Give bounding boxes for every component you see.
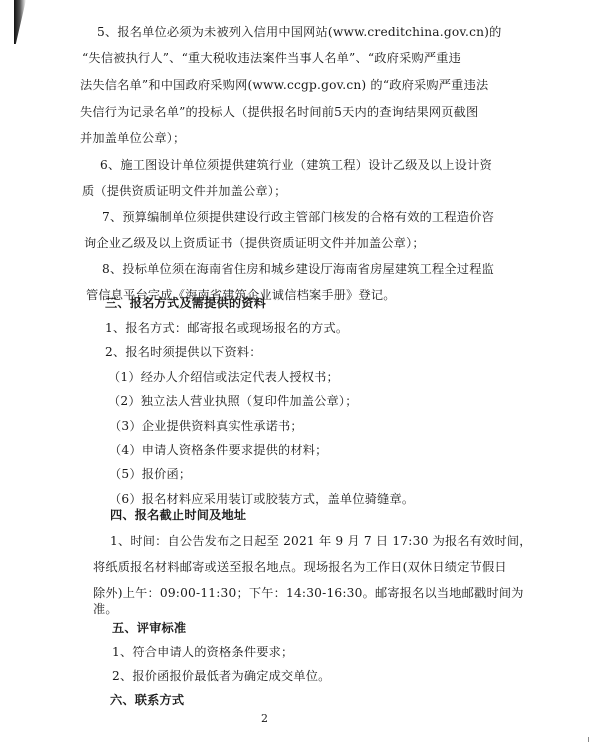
section-heading: 六、联系方式	[110, 692, 184, 708]
text-line: （3）企业提供资料真实性承诺书；	[109, 418, 303, 434]
text-line: 7、预算编制单位须提供建设行政主管部门核发的合格有效的工程造价咨	[102, 209, 494, 225]
section-heading: 四、报名截止时间及地址	[110, 507, 246, 523]
text-line: 法失信名单”和中国政府采购网(www.ccgp.gov.cn) 的“政府采购严重…	[80, 77, 488, 93]
text-line: “失信被执行人”、“重大税收违法案件当事人名单”、“政府采购严重违	[82, 50, 461, 66]
text-line: （2）独立法人营业执照（复印件加盖公章）；	[108, 393, 358, 409]
text-line: 质（提供资质证明文件并加盖公章）；	[82, 183, 287, 199]
text-line: 1、时间：自公告发布之日起至 2021 年 9 月 7 日 17:30 为报名有…	[110, 533, 532, 549]
text-line: 1、符合申请人的资格条件要求；	[112, 644, 293, 660]
text-line: 6、施工图设计单位须提供建筑行业（建筑工程）设计乙级及以上设计资	[100, 157, 492, 173]
text-line: （5）报价函；	[109, 466, 191, 482]
text-line: 2、报名时须提供以下资料：	[105, 344, 262, 360]
text-line: （1）经办人介绍信或法定代表人授权书；	[108, 369, 339, 385]
text-line: 准。	[93, 601, 118, 617]
page-number: 2	[261, 712, 268, 725]
text-line: 1、报名方式：邮寄报名或现场报名的方式。	[105, 320, 348, 336]
section-heading: 五、评审标准	[112, 620, 186, 636]
text-line: 2、报价函报价最低者为确定成交单位。	[112, 668, 331, 684]
text-line: 失信行为记录名单”的投标人（提供报名时间前5天内的查询结果网页截图	[80, 104, 478, 120]
text-line: （4）申请人资格条件要求提供的材料；	[109, 442, 328, 458]
text-line: 8、投标单位须在海南省住房和城乡建设厅海南省房屋建筑工程全过程监	[102, 261, 494, 277]
text-line: 除外)上午：09:00-11:30；下午：14:30-16:30。邮寄报名以当地…	[93, 585, 524, 601]
text-line: 5、报名单位必须为未被列入信用中国网站(www.creditchina.gov.…	[97, 24, 502, 40]
text-line: 并加盖单位公章）；	[80, 130, 185, 146]
text-line: 将纸质报名材料邮寄或送至报名地点。现场报名为工作日(双休日绩定节假日	[93, 559, 507, 575]
scan-edge-shadow	[14, 0, 26, 44]
section-heading: 三、报名方式及需提供的资料	[105, 295, 266, 311]
scan-mark	[588, 737, 589, 742]
text-line: 询企业乙级及以上资质证书（提供资质证明文件并加盖公章）；	[84, 235, 425, 251]
text-line: （6）报名材料应采用装订或胶装方式，盖单位骑缝章。	[109, 491, 414, 507]
